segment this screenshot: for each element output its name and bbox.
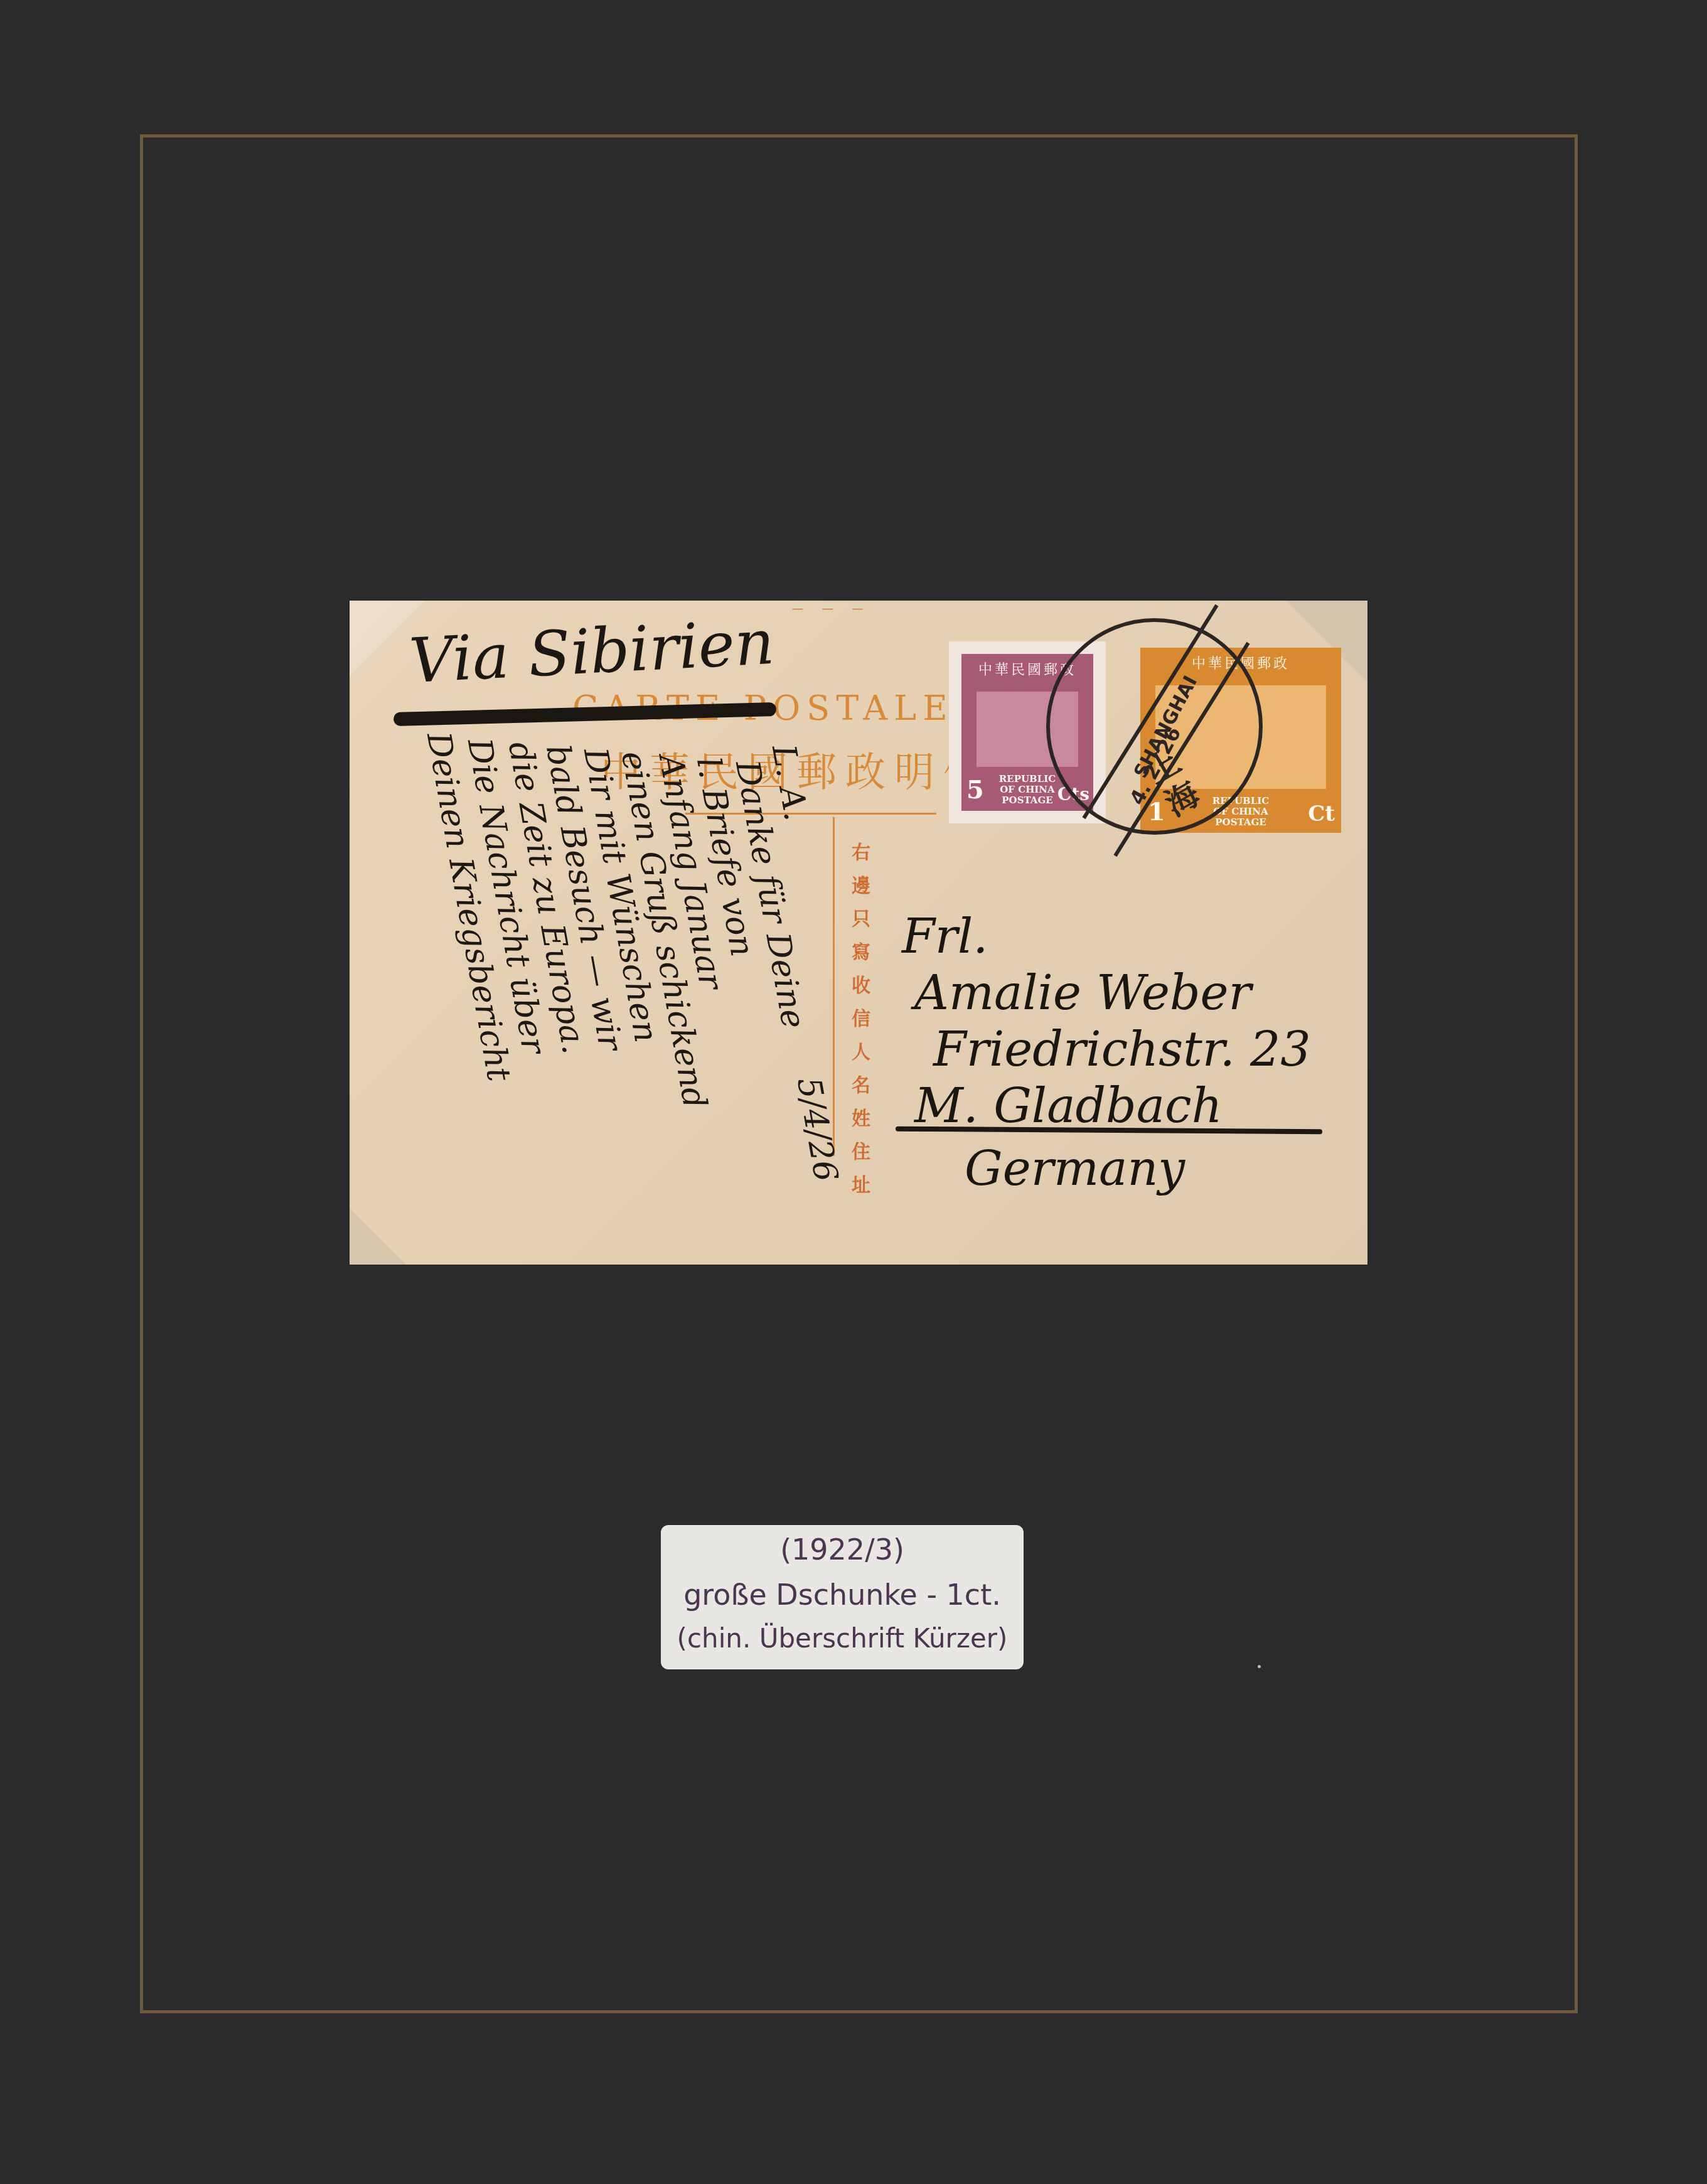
handwritten-message: L. A. Danke für Deine l. Briefe von Anfa… — [393, 736, 795, 1212]
address-instruction: 右邊只寫收信人名姓住址 — [848, 836, 874, 1202]
stamp-unit: Ct — [1308, 801, 1335, 827]
label-note: (chin. Überschrift Kürzer) — [661, 1623, 1024, 1654]
address-street: Friedrichstr. 23 — [933, 1021, 1311, 1077]
header-marks: — — — — [792, 602, 870, 616]
postmark: SHANGHAI 4. 2. 26 上海 — [1046, 618, 1263, 835]
label-description: große Dschunke - 1ct. — [661, 1578, 1024, 1612]
message-date: 5/4/26 — [789, 1074, 845, 1184]
dust-speck — [1258, 1665, 1261, 1668]
photo-corner-bottom-left — [350, 1208, 406, 1265]
album-page: — — — Via Sibirien CARTE POSTALE— 中華民國郵政… — [0, 0, 1707, 2184]
divider-vertical — [833, 817, 835, 1156]
route-note: Via Sibirien — [407, 607, 776, 697]
address-name: Amalie Weber — [914, 965, 1251, 1020]
address-country: Germany — [965, 1140, 1185, 1196]
address-salutation: Frl. — [902, 908, 988, 964]
address-city: M. Gladbach — [914, 1078, 1223, 1133]
album-label: (1922/3) große Dschunke - 1ct. (chin. Üb… — [661, 1525, 1024, 1669]
label-year: (1922/3) — [661, 1533, 1024, 1566]
postcard: — — — Via Sibirien CARTE POSTALE— 中華民國郵政… — [350, 601, 1367, 1265]
